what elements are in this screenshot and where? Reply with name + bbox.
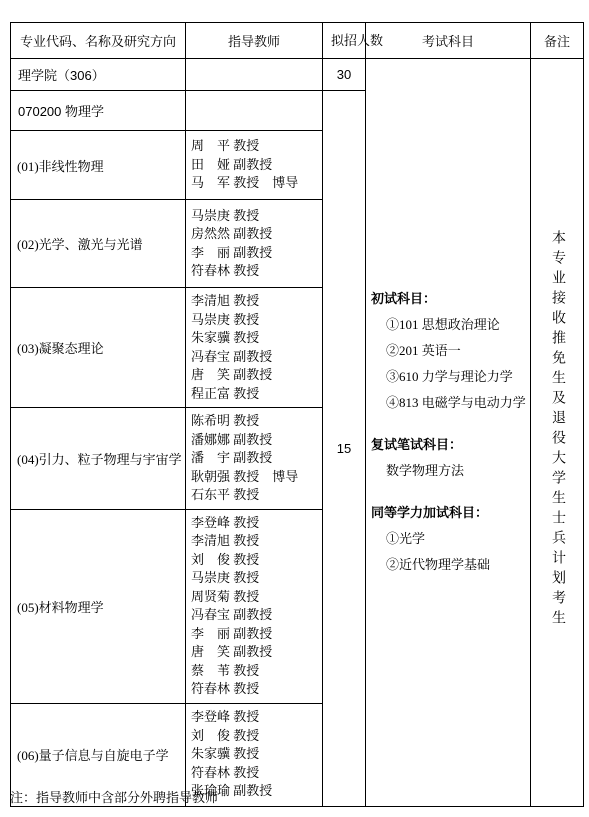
text-line: 蔡 苇 教授 bbox=[191, 662, 318, 681]
text-line: 朱家骥 教授 bbox=[191, 329, 318, 348]
direction-name-01: (01)非线性物理 bbox=[11, 131, 186, 200]
text-line: ④813 电磁学与电动力学 bbox=[386, 390, 526, 416]
text-line: 数学物理方法 bbox=[386, 458, 526, 484]
text-line: 周贤菊 教授 bbox=[191, 588, 318, 607]
advisors-cell-05: 李登峰 教授李清旭 教授刘 俊 教授马崇庚 教授周贤菊 教授冯春宝 副教授李 丽… bbox=[186, 509, 323, 703]
text-line: 李登峰 教授 bbox=[191, 514, 318, 533]
text-line: ③610 力学与理论力学 bbox=[386, 364, 526, 390]
major-quota: 15 bbox=[323, 91, 366, 807]
college-row: 理学院（306） 30 初试科目： ①101 思想政治理论②201 英语一③61… bbox=[11, 59, 584, 91]
direction-name-02: (02)光学、激光与光谱 bbox=[11, 200, 186, 288]
text-line: 马崇庚 教授 bbox=[191, 569, 318, 588]
advisors-list-01: 周 平 教授田 娅 副教授马 军 教授 博导 bbox=[191, 137, 318, 193]
text-line: 符春林 教授 bbox=[191, 680, 318, 699]
remark-vertical-text: 本专业接收推免生及退役大学生士兵计划考生 bbox=[547, 230, 567, 630]
text-line: 程正富 教授 bbox=[191, 385, 318, 404]
text-line: 马崇庚 教授 bbox=[191, 311, 318, 330]
text-line: ②201 英语一 bbox=[386, 338, 526, 364]
exam-group-retest: 复试笔试科目： 数学物理方法 bbox=[371, 432, 526, 484]
exam-group-initial: 初试科目： ①101 思想政治理论②201 英语一③610 力学与理论力学④81… bbox=[371, 286, 526, 416]
text-line: 李清旭 教授 bbox=[191, 292, 318, 311]
header-quota-column: 拟招人数 bbox=[323, 23, 366, 59]
text-line: 唐 笑 副教授 bbox=[191, 643, 318, 662]
admissions-table: 专业代码、名称及研究方向 指导教师 拟招人数 考试科目 备注 理学院（306） … bbox=[10, 22, 584, 807]
header-notes-column: 备注 bbox=[531, 23, 584, 59]
text-line: 潘 宇 副教授 bbox=[191, 449, 318, 468]
document-page: 专业代码、名称及研究方向 指导教师 拟招人数 考试科目 备注 理学院（306） … bbox=[0, 0, 589, 817]
text-line: 潘娜娜 副教授 bbox=[191, 431, 318, 450]
header-quota-label: 拟招人数 bbox=[331, 32, 357, 49]
text-line: 李 丽 副教授 bbox=[191, 244, 318, 263]
college-name: 理学院（306） bbox=[11, 59, 186, 91]
advisors-list-04: 陈希明 教授潘娜娜 副教授潘 宇 副教授耿朝强 教授 博导石东平 教授 bbox=[191, 412, 318, 505]
exam-equivalency-title: 同等学力加试科目： bbox=[371, 500, 526, 526]
major-code-name: 070200 物理学 bbox=[11, 91, 186, 131]
text-line: ①101 思想政治理论 bbox=[386, 312, 526, 338]
exam-subjects-cell: 初试科目： ①101 思想政治理论②201 英语一③610 力学与理论力学④81… bbox=[366, 59, 531, 807]
advisors-list-02: 马崇庚 教授房然然 副教授李 丽 副教授符春林 教授 bbox=[191, 207, 318, 281]
direction-name-05: (05)材料物理学 bbox=[11, 509, 186, 703]
text-line: 房然然 副教授 bbox=[191, 225, 318, 244]
exam-group-equivalency: 同等学力加试科目： ①光学②近代物理学基础 bbox=[371, 500, 526, 578]
text-line: 冯春宝 副教授 bbox=[191, 606, 318, 625]
exam-initial-items: ①101 思想政治理论②201 英语一③610 力学与理论力学④813 电磁学与… bbox=[371, 312, 526, 416]
text-line: 马 军 教授 博导 bbox=[191, 174, 318, 193]
text-line: 刘 俊 教授 bbox=[191, 551, 318, 570]
advisors-cell-01: 周 平 教授田 娅 副教授马 军 教授 博导 bbox=[186, 131, 323, 200]
text-line: 田 娅 副教授 bbox=[191, 156, 318, 175]
text-line: 冯春宝 副教授 bbox=[191, 348, 318, 367]
text-line: 陈希明 教授 bbox=[191, 412, 318, 431]
advisors-cell-03: 李清旭 教授马崇庚 教授朱家骥 教授冯春宝 副教授唐 笑 副教授程正富 教授 bbox=[186, 288, 323, 408]
exam-retest-title: 复试笔试科目： bbox=[371, 432, 526, 458]
header-row: 专业代码、名称及研究方向 指导教师 拟招人数 考试科目 备注 bbox=[11, 23, 584, 59]
text-line: 朱家骥 教授 bbox=[191, 745, 318, 764]
text-line: 符春林 教授 bbox=[191, 764, 318, 783]
text-line: ①光学 bbox=[386, 526, 526, 552]
advisors-cell-02: 马崇庚 教授房然然 副教授李 丽 副教授符春林 教授 bbox=[186, 200, 323, 288]
text-line: 周 平 教授 bbox=[191, 137, 318, 156]
advisors-list-03: 李清旭 教授马崇庚 教授朱家骥 教授冯春宝 副教授唐 笑 副教授程正富 教授 bbox=[191, 292, 318, 403]
text-line: 耿朝强 教授 博导 bbox=[191, 468, 318, 487]
exam-retest-items: 数学物理方法 bbox=[371, 458, 526, 484]
direction-name-04: (04)引力、粒子物理与宇宙学 bbox=[11, 408, 186, 510]
text-line: 李登峰 教授 bbox=[191, 708, 318, 727]
text-line: 符春林 教授 bbox=[191, 262, 318, 281]
header-advisors-column: 指导教师 bbox=[186, 23, 323, 59]
exam-equivalency-items: ①光学②近代物理学基础 bbox=[371, 526, 526, 578]
text-line: 马崇庚 教授 bbox=[191, 207, 318, 226]
text-line: 李清旭 教授 bbox=[191, 532, 318, 551]
advisors-list-05: 李登峰 教授李清旭 教授刘 俊 教授马崇庚 教授周贤菊 教授冯春宝 副教授李 丽… bbox=[191, 514, 318, 699]
header-major-column: 专业代码、名称及研究方向 bbox=[11, 23, 186, 59]
exam-initial-title: 初试科目： bbox=[371, 286, 526, 312]
text-line: 刘 俊 教授 bbox=[191, 727, 318, 746]
direction-name-03: (03)凝聚态理论 bbox=[11, 288, 186, 408]
text-line: 唐 笑 副教授 bbox=[191, 366, 318, 385]
college-quota: 30 bbox=[323, 59, 366, 91]
footnote: 注：指导教师中含部分外聘指导教师 bbox=[10, 787, 218, 806]
text-line: 李 丽 副教授 bbox=[191, 625, 318, 644]
text-line: 石东平 教授 bbox=[191, 486, 318, 505]
remark-cell: 本专业接收推免生及退役大学生士兵计划考生 bbox=[531, 59, 584, 807]
header-exams-column: 考试科目 bbox=[366, 23, 531, 59]
major-advisors-empty-cell bbox=[186, 91, 323, 131]
college-advisors-empty-cell bbox=[186, 59, 323, 91]
advisors-cell-04: 陈希明 教授潘娜娜 副教授潘 宇 副教授耿朝强 教授 博导石东平 教授 bbox=[186, 408, 323, 510]
text-line: ②近代物理学基础 bbox=[386, 552, 526, 578]
